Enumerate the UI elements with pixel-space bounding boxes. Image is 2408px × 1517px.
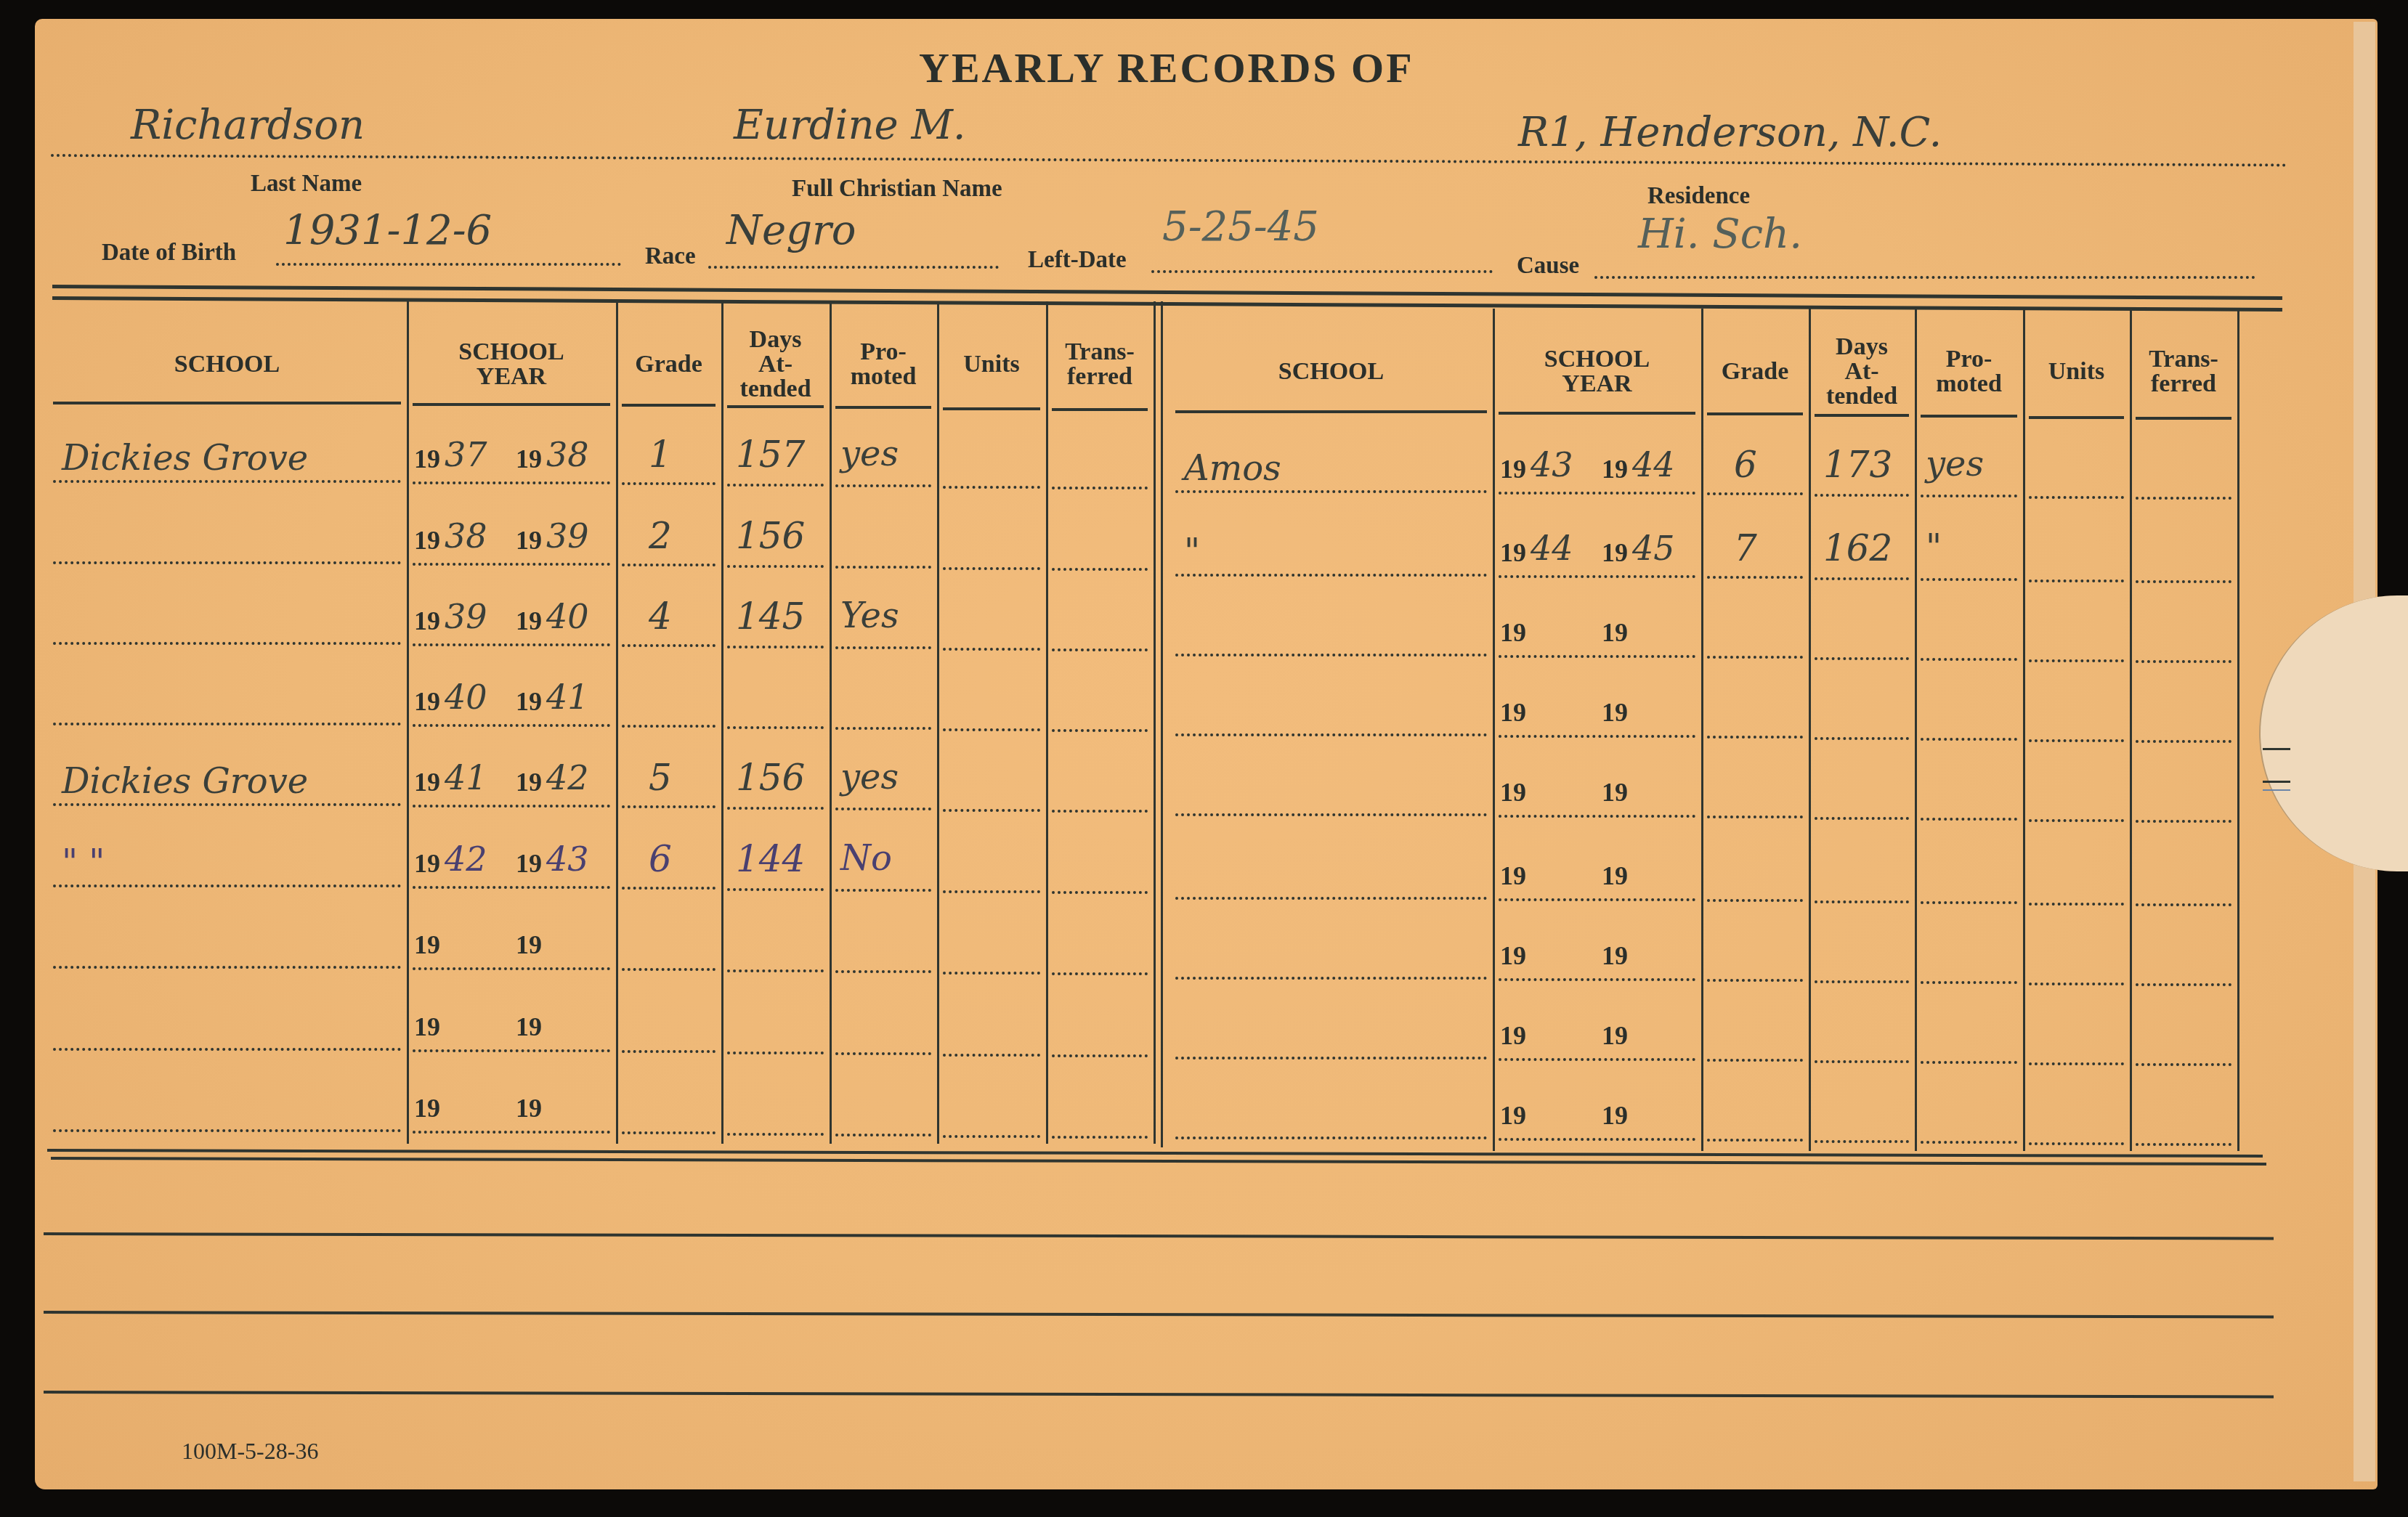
row-line xyxy=(1921,818,2017,821)
column-header-line: Units xyxy=(937,352,1046,377)
year-prefix: 19 xyxy=(516,525,542,556)
row-line xyxy=(2136,740,2231,743)
year-prefix: 19 xyxy=(1500,617,1526,648)
cell-promoted: " xyxy=(1926,527,1942,568)
row-line xyxy=(1815,980,1909,983)
year-prefix: 19 xyxy=(414,1093,440,1123)
row-line xyxy=(622,482,715,485)
header-underline xyxy=(1815,414,1909,417)
row-line xyxy=(727,1052,824,1054)
row-line xyxy=(1499,575,1695,578)
cell-year-from: 41 xyxy=(445,758,487,797)
cell-year-to: 42 xyxy=(546,758,589,797)
race-label: Race xyxy=(645,243,696,270)
row-line xyxy=(1052,1136,1148,1139)
cell-year-to: 38 xyxy=(546,435,589,474)
row-line xyxy=(727,1133,824,1136)
row-line xyxy=(1052,1054,1148,1057)
year-prefix: 19 xyxy=(1602,777,1628,808)
row-line xyxy=(622,805,715,808)
notch-tick xyxy=(2263,781,2290,783)
year-prefix: 19 xyxy=(1500,861,1526,891)
header-underline xyxy=(53,402,401,404)
cell-days: 156 xyxy=(736,757,805,799)
header-underline xyxy=(835,406,931,409)
row-line xyxy=(943,567,1040,570)
column-header-line: moted xyxy=(1915,372,2023,396)
left-col-school-year-header: SCHOOLYEAR xyxy=(407,340,616,389)
row-line xyxy=(53,561,401,564)
row-line xyxy=(53,1129,401,1132)
column-divider xyxy=(1915,309,1917,1151)
row-line xyxy=(1175,1136,1487,1139)
column-header-line: Days xyxy=(1809,335,1915,359)
column-header-line: Days xyxy=(721,328,830,352)
row-line xyxy=(727,969,824,972)
cell-days: 145 xyxy=(736,595,805,638)
row-line xyxy=(1707,899,1803,902)
row-line xyxy=(2136,1063,2231,1066)
row-line xyxy=(727,888,824,891)
year-prefix: 19 xyxy=(414,848,440,879)
row-line xyxy=(1499,898,1695,901)
column-divider xyxy=(1046,301,1048,1144)
year-prefix: 19 xyxy=(1602,454,1628,484)
cell-promoted: No xyxy=(840,838,892,879)
row-line xyxy=(1175,813,1487,816)
row-line xyxy=(2029,579,2124,582)
year-prefix: 19 xyxy=(414,1012,440,1042)
row-line xyxy=(727,484,824,487)
cell-promoted: yes xyxy=(1926,444,1984,484)
row-line xyxy=(727,646,824,648)
row-line xyxy=(1175,574,1487,577)
row-line xyxy=(413,886,610,889)
header-underline xyxy=(413,403,610,406)
form-number: 100M-5-28-36 xyxy=(182,1438,318,1465)
row-line xyxy=(1707,816,1803,818)
row-line xyxy=(835,808,931,810)
row-line xyxy=(413,643,610,646)
header-underline xyxy=(727,405,824,408)
row-line xyxy=(2136,983,2231,986)
cell-year-from: 38 xyxy=(445,516,487,556)
row-line xyxy=(413,724,610,727)
column-header-line: SCHOOL xyxy=(1493,347,1701,372)
cell-year-to: 40 xyxy=(546,597,589,636)
row-line xyxy=(1175,733,1487,736)
row-line xyxy=(1175,490,1487,493)
cell-grade: 4 xyxy=(649,595,672,638)
row-line xyxy=(943,648,1040,651)
row-line xyxy=(2029,739,2124,742)
cause-label: Cause xyxy=(1517,253,1579,280)
left-col-grade-header: Grade xyxy=(616,352,721,377)
row-line xyxy=(53,966,401,969)
year-prefix: 19 xyxy=(516,930,542,960)
row-line xyxy=(622,1131,715,1134)
left-col-transferred-header: Trans-ferred xyxy=(1046,340,1154,389)
row-line xyxy=(1815,577,1909,580)
row-line xyxy=(2029,983,2124,985)
row-line xyxy=(1815,817,1909,820)
row-line xyxy=(2136,660,2231,663)
year-prefix: 19 xyxy=(1500,940,1526,971)
cell-year-to: 45 xyxy=(1632,529,1675,568)
cell-days: 156 xyxy=(736,515,805,557)
year-prefix: 19 xyxy=(414,525,440,556)
right-col-promoted-header: Pro-moted xyxy=(1915,347,2023,396)
last-name-value: Richardson xyxy=(131,102,365,149)
row-line xyxy=(1815,1140,1909,1143)
year-prefix: 19 xyxy=(1500,1100,1526,1131)
cell-promoted: yes xyxy=(840,757,899,797)
row-line xyxy=(943,728,1040,731)
row-line xyxy=(835,970,931,973)
row-line xyxy=(413,805,610,808)
row-line xyxy=(1052,487,1148,489)
header-underline xyxy=(622,404,715,407)
left-col-days-attended-header: DaysAt-tended xyxy=(721,328,830,402)
row-line xyxy=(727,807,824,810)
column-header-line: moted xyxy=(830,365,937,389)
row-line xyxy=(2136,820,2231,823)
left-date-line xyxy=(1151,270,1493,273)
row-line xyxy=(2029,903,2124,906)
column-header-line: ferred xyxy=(2130,372,2237,396)
header-underline xyxy=(1921,415,2017,418)
column-header-line: YEAR xyxy=(1493,372,1701,396)
column-header-line: SCHOOL xyxy=(1169,359,1493,384)
row-line xyxy=(2136,903,2231,906)
year-prefix: 19 xyxy=(516,1012,542,1042)
cell-school: Dickies Grove xyxy=(62,761,308,802)
row-line xyxy=(1921,738,2017,741)
column-divider xyxy=(2023,309,2025,1151)
year-prefix: 19 xyxy=(1500,454,1526,484)
column-header-line: Trans- xyxy=(1046,340,1154,365)
cell-days: 162 xyxy=(1823,527,1892,569)
year-prefix: 19 xyxy=(516,1093,542,1123)
column-header-line: tended xyxy=(1809,384,1915,409)
year-prefix: 19 xyxy=(1602,537,1628,568)
row-line xyxy=(835,484,931,487)
row-line xyxy=(1499,1138,1695,1141)
row-line xyxy=(413,967,610,970)
column-header-line: At- xyxy=(721,352,830,377)
row-line xyxy=(835,1052,931,1055)
year-prefix: 19 xyxy=(414,444,440,474)
column-divider xyxy=(1154,301,1156,1144)
row-line xyxy=(53,642,401,645)
row-line xyxy=(622,564,715,566)
row-line xyxy=(1707,656,1803,659)
right-col-units-header: Units xyxy=(2023,359,2130,384)
row-line xyxy=(53,884,401,887)
row-line xyxy=(1921,495,2017,497)
column-divider xyxy=(616,301,618,1144)
row-line xyxy=(1175,1057,1487,1060)
row-line xyxy=(53,803,401,806)
row-line xyxy=(835,727,931,730)
row-line xyxy=(53,723,401,725)
row-line xyxy=(1499,1058,1695,1061)
cell-days: 144 xyxy=(736,838,805,880)
race-line xyxy=(708,266,999,269)
cell-grade: 6 xyxy=(649,838,672,880)
row-line xyxy=(727,726,824,729)
column-header-line: YEAR xyxy=(407,365,616,389)
right-col-grade-header: Grade xyxy=(1701,359,1809,384)
row-line xyxy=(622,968,715,971)
row-line xyxy=(1921,901,2017,904)
row-line xyxy=(1052,972,1148,975)
row-line xyxy=(835,889,931,892)
cell-grade: 1 xyxy=(649,434,672,476)
column-header-line: SCHOOL xyxy=(47,352,407,377)
row-line xyxy=(2136,497,2231,500)
column-divider xyxy=(1493,309,1495,1151)
row-line xyxy=(943,486,1040,489)
cell-year-to: 44 xyxy=(1632,445,1675,484)
left-col-promoted-header: Pro-moted xyxy=(830,340,937,389)
left-col-school-header: SCHOOL xyxy=(47,352,407,377)
year-prefix: 19 xyxy=(516,686,542,717)
year-prefix: 19 xyxy=(1500,1020,1526,1051)
row-line xyxy=(2029,1062,2124,1065)
left-date-label: Left-Date xyxy=(1028,247,1127,274)
row-line xyxy=(2029,1142,2124,1145)
column-header-line: ferred xyxy=(1046,365,1154,389)
row-line xyxy=(1175,977,1487,980)
row-line xyxy=(943,890,1040,893)
column-header-line: tended xyxy=(721,377,830,402)
header-underline xyxy=(1499,412,1695,415)
row-line xyxy=(2029,659,2124,662)
row-line xyxy=(1052,891,1148,894)
row-line xyxy=(1052,810,1148,813)
cell-promoted: Yes xyxy=(840,595,899,636)
year-prefix: 19 xyxy=(1500,697,1526,728)
row-line xyxy=(1815,494,1909,497)
row-line xyxy=(53,480,401,483)
cell-school: " " xyxy=(62,842,105,883)
column-divider xyxy=(937,301,939,1144)
cell-year-from: 40 xyxy=(445,678,487,717)
header-underline xyxy=(943,407,1040,410)
row-line xyxy=(1707,1059,1803,1062)
residence-value: R1, Henderson, N.C. xyxy=(1518,109,1942,156)
row-line xyxy=(1499,492,1695,495)
year-prefix: 19 xyxy=(414,606,440,636)
year-prefix: 19 xyxy=(1500,537,1526,568)
page-title: YEARLY RECORDS OF xyxy=(919,44,1414,92)
cause-value: Hi. Sch. xyxy=(1638,211,1802,258)
column-divider xyxy=(1701,309,1703,1151)
cell-year-from: 43 xyxy=(1531,445,1573,484)
left-date-value: 5-25-45 xyxy=(1162,203,1319,251)
row-line xyxy=(1052,729,1148,732)
cell-grade: 5 xyxy=(649,757,672,799)
row-line xyxy=(1499,735,1695,738)
row-line xyxy=(2136,580,2231,583)
dob-label: Date of Birth xyxy=(102,240,236,267)
row-line xyxy=(1499,815,1695,818)
dob-value: 1931-12-6 xyxy=(283,207,492,254)
residence-label: Residence xyxy=(1647,183,1750,210)
cell-year-from: 44 xyxy=(1531,529,1573,568)
row-line xyxy=(2029,819,2124,822)
row-line xyxy=(2136,1143,2231,1146)
row-line xyxy=(943,972,1040,975)
row-line xyxy=(1815,657,1909,660)
cell-school: Dickies Grove xyxy=(62,438,308,479)
cell-year-from: 42 xyxy=(445,839,487,879)
year-prefix: 19 xyxy=(1602,1020,1628,1051)
row-line xyxy=(835,1134,931,1136)
row-line xyxy=(1707,576,1803,579)
cell-year-to: 41 xyxy=(546,678,589,717)
row-line xyxy=(1499,978,1695,981)
cause-line xyxy=(1594,276,2255,279)
column-divider xyxy=(1809,309,1811,1151)
cell-grade: 7 xyxy=(1734,527,1757,569)
column-divider xyxy=(407,301,409,1144)
column-header-line: Trans- xyxy=(2130,347,2237,372)
row-line xyxy=(1707,736,1803,739)
row-line xyxy=(1921,658,2017,661)
row-line xyxy=(727,565,824,568)
row-line xyxy=(943,809,1040,812)
row-line xyxy=(413,1049,610,1052)
year-prefix: 19 xyxy=(516,848,542,879)
header-underline xyxy=(1175,410,1487,413)
cell-school: Amos xyxy=(1184,448,1281,489)
right-col-days-attended-header: DaysAt-tended xyxy=(1809,335,1915,409)
christian-name-value: Eurdine M. xyxy=(734,102,966,149)
cell-year-from: 37 xyxy=(445,435,487,474)
row-line xyxy=(1921,981,2017,984)
column-divider xyxy=(2237,309,2239,1151)
cell-year-to: 43 xyxy=(546,839,589,879)
column-divider xyxy=(2130,309,2132,1151)
row-line xyxy=(413,1131,610,1134)
cell-year-to: 39 xyxy=(546,516,589,556)
row-line xyxy=(1815,1060,1909,1063)
cell-grade: 6 xyxy=(1734,444,1757,486)
row-line xyxy=(835,566,931,569)
left-col-units-header: Units xyxy=(937,352,1046,377)
row-line xyxy=(1707,979,1803,982)
row-line xyxy=(1921,578,2017,581)
notch-tick xyxy=(2263,789,2290,791)
column-divider xyxy=(830,301,832,1144)
column-header-line: SCHOOL xyxy=(407,340,616,365)
column-header-line: Units xyxy=(2023,359,2130,384)
row-line xyxy=(1052,568,1148,571)
cell-school: " xyxy=(1184,532,1200,572)
column-header-line: Grade xyxy=(616,352,721,377)
year-prefix: 19 xyxy=(1602,1100,1628,1131)
year-prefix: 19 xyxy=(414,930,440,960)
right-col-school-year-header: SCHOOLYEAR xyxy=(1493,347,1701,396)
year-prefix: 19 xyxy=(1602,861,1628,891)
row-line xyxy=(1707,492,1803,495)
row-line xyxy=(1707,1139,1803,1142)
row-line xyxy=(1175,654,1487,656)
column-header-line: Pro- xyxy=(1915,347,2023,372)
header-underline xyxy=(2029,416,2124,419)
cell-days: 173 xyxy=(1823,444,1892,486)
year-prefix: 19 xyxy=(414,686,440,717)
row-line xyxy=(1815,900,1909,903)
row-line xyxy=(622,725,715,728)
row-line xyxy=(943,1054,1040,1057)
year-prefix: 19 xyxy=(1602,617,1628,648)
column-divider xyxy=(721,301,723,1144)
row-line xyxy=(53,1048,401,1051)
cell-grade: 2 xyxy=(649,515,672,557)
last-name-label: Last Name xyxy=(251,171,362,198)
column-header-line: Pro- xyxy=(830,340,937,365)
year-prefix: 19 xyxy=(1500,777,1526,808)
year-prefix: 19 xyxy=(516,606,542,636)
notch-tick xyxy=(2263,748,2290,750)
row-line xyxy=(413,481,610,484)
race-value: Negro xyxy=(726,207,856,254)
row-line xyxy=(413,563,610,566)
cell-year-from: 39 xyxy=(445,597,487,636)
right-col-transferred-header: Trans-ferred xyxy=(2130,347,2237,396)
row-line xyxy=(622,887,715,890)
christian-name-label: Full Christian Name xyxy=(792,176,1002,203)
table-divider xyxy=(1161,301,1163,1147)
row-line xyxy=(835,646,931,649)
header-underline xyxy=(2136,417,2231,420)
row-line xyxy=(1175,897,1487,900)
row-line xyxy=(622,1050,715,1053)
row-line xyxy=(2029,496,2124,499)
row-line xyxy=(1052,648,1148,651)
column-header-line: Grade xyxy=(1701,359,1809,384)
row-line xyxy=(1499,655,1695,658)
row-line xyxy=(622,644,715,647)
row-line xyxy=(1921,1141,2017,1144)
right-col-school-header: SCHOOL xyxy=(1169,359,1493,384)
header-underline xyxy=(1707,412,1803,415)
year-prefix: 19 xyxy=(516,444,542,474)
column-header-line: At- xyxy=(1809,359,1915,384)
dob-line xyxy=(276,263,621,266)
row-line xyxy=(1921,1061,2017,1064)
header-underline xyxy=(1052,408,1148,411)
cell-promoted: yes xyxy=(840,434,899,474)
row-line xyxy=(943,1135,1040,1138)
year-prefix: 19 xyxy=(516,767,542,797)
year-prefix: 19 xyxy=(1602,697,1628,728)
year-prefix: 19 xyxy=(1602,940,1628,971)
year-prefix: 19 xyxy=(414,767,440,797)
row-line xyxy=(1815,737,1909,740)
cell-days: 157 xyxy=(736,434,805,476)
